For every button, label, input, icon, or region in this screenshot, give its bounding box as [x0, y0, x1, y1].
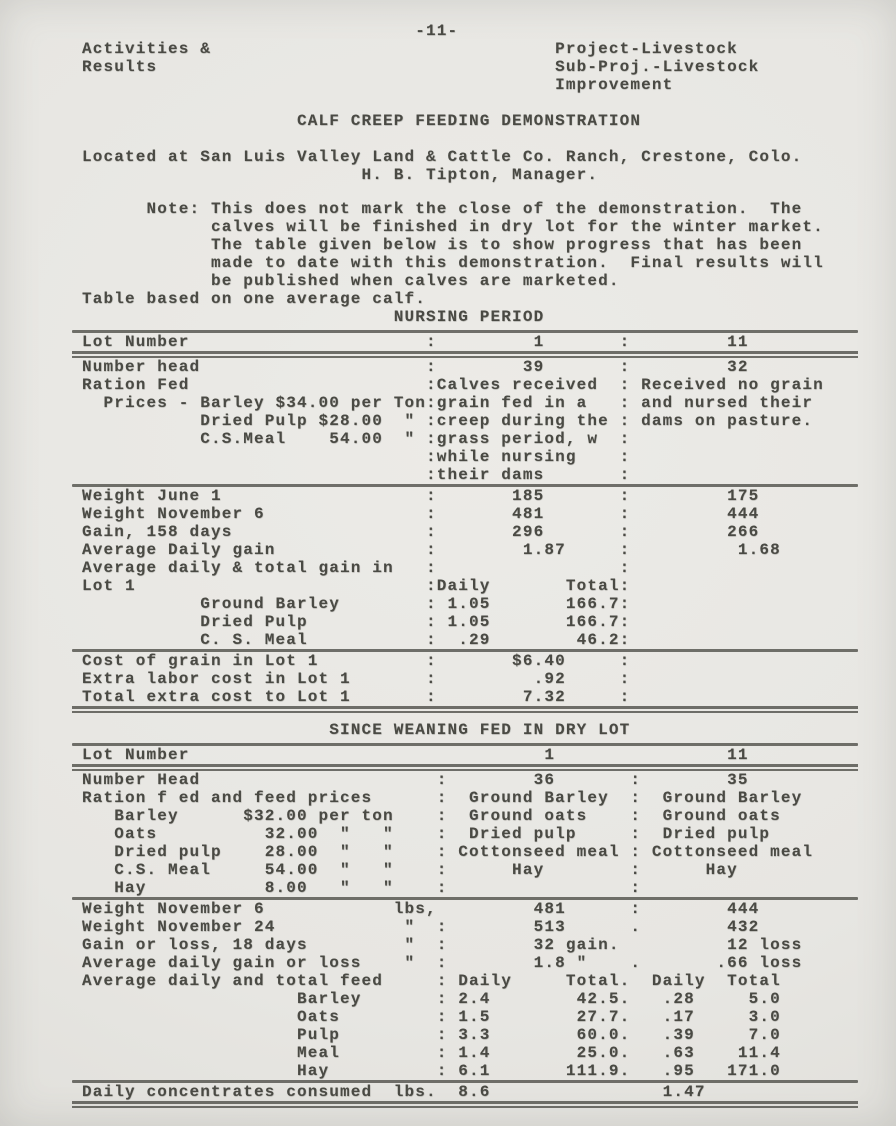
table-rule: [72, 330, 858, 333]
page-number: -11-: [82, 22, 896, 40]
table2-row: Gain or loss, 18 days " : 32 gain. 12 lo…: [82, 936, 896, 954]
note-line: The table given below is to show progres…: [82, 236, 896, 254]
table2-row: Pulp : 3.3 60.0. .39 7.0: [82, 1026, 896, 1044]
header-line-improvement: Improvement: [82, 76, 896, 94]
table1-row: Weight November 6 : 481 : 444: [82, 505, 896, 523]
location-line: Located at San Luis Valley Land & Cattle…: [82, 148, 896, 166]
table1-row: C.S.Meal 54.00 " :grass period, w :: [82, 430, 896, 448]
table2-row: Ration f ed and feed prices : Ground Bar…: [82, 789, 896, 807]
table1-row: Cost of grain in Lot 1 : $6.40 :: [82, 652, 896, 670]
table1-title: NURSING PERIOD: [82, 308, 896, 326]
spacer: [82, 94, 896, 112]
table2-row: Oats : 1.5 27.7. .17 3.0: [82, 1008, 896, 1026]
table-rule: [72, 1080, 858, 1083]
table1-row: Prices - Barley $34.00 per Ton:grain fed…: [82, 394, 896, 412]
table2-row: Hay 8.00 " " : :: [82, 879, 896, 897]
table-rule: [72, 743, 858, 746]
table1-row: Ground Barley : 1.05 166.7:: [82, 595, 896, 613]
table1-row: Gain, 158 days : 296 : 266: [82, 523, 896, 541]
note-line: be published when calves are marketed.: [82, 272, 896, 290]
table1-row: Dried Pulp $28.00 " :creep during the : …: [82, 412, 896, 430]
table1-row: Extra labor cost in Lot 1 : .92 :: [82, 670, 896, 688]
manager-line: H. B. Tipton, Manager.: [82, 166, 896, 184]
table-rule-double: [72, 1101, 858, 1108]
table1-row: Weight June 1 : 185 : 175: [82, 487, 896, 505]
table2-row: Number Head : 36 : 35: [82, 771, 896, 789]
table2-row: Weight November 24 " : 513 . 432: [82, 918, 896, 936]
spacer: [82, 184, 896, 200]
typewritten-document: -11- Activities & Project-Livestock Resu…: [0, 0, 896, 1126]
table2-row: Hay : 6.1 111.9. .95 171.0: [82, 1062, 896, 1080]
spacer: [82, 713, 896, 721]
table2-row: Average daily and total feed : Daily Tot…: [82, 972, 896, 990]
table-rule: [72, 897, 858, 900]
table-rule: [72, 484, 858, 487]
note-line: made to date with this demonstration. Fi…: [82, 254, 896, 272]
table1-row: C. S. Meal : .29 46.2:: [82, 631, 896, 649]
note-line: calves will be finished in dry lot for t…: [82, 218, 896, 236]
table2-row: Average daily gain or loss " : 1.8 " . .…: [82, 954, 896, 972]
table1-row: :their dams :: [82, 466, 896, 484]
table-rule-double: [72, 764, 858, 771]
table2-row: Weight November 6 lbs, 481 : 444: [82, 900, 896, 918]
scanned-document-page: -11- Activities & Project-Livestock Resu…: [0, 0, 896, 1126]
table-rule: [72, 649, 858, 652]
table1-row: :while nursing :: [82, 448, 896, 466]
document-title: CALF CREEP FEEDING DEMONSTRATION: [82, 112, 896, 130]
header-line-activities-project: Activities & Project-Livestock: [82, 40, 896, 58]
table2-row: C.S. Meal 54.00 " " : Hay : Hay: [82, 861, 896, 879]
table1-row: Number head : 39 : 32: [82, 358, 896, 376]
table2-row: Oats 32.00 " " : Dried pulp : Dried pulp: [82, 825, 896, 843]
note-line: Note: This does not mark the close of th…: [82, 200, 896, 218]
table2-row: Meal : 1.4 25.0. .63 11.4: [82, 1044, 896, 1062]
table1-row: Lot Number : 1 : 11: [82, 333, 896, 351]
table2-row: Daily concentrates consumed lbs. 8.6 1.4…: [82, 1083, 896, 1101]
header-line-results-subproj: Results Sub-Proj.-Livestock: [82, 58, 896, 76]
table1-row: Ration Fed :Calves received : Received n…: [82, 376, 896, 394]
table2-title: SINCE WEANING FED IN DRY LOT: [82, 721, 896, 739]
table2-row: Barley : 2.4 42.5. .28 5.0: [82, 990, 896, 1008]
spacer: [82, 130, 896, 148]
table2-row: Dried pulp 28.00 " " : Cottonseed meal :…: [82, 843, 896, 861]
table1-row: Average daily & total gain in : :: [82, 559, 896, 577]
table-basis-line: Table based on one average calf.: [82, 290, 896, 308]
table-rule-double: [72, 706, 858, 713]
table1-row: Dried Pulp : 1.05 166.7:: [82, 613, 896, 631]
table1-row: Total extra cost to Lot 1 : 7.32 :: [82, 688, 896, 706]
table2-row: Lot Number 1 11: [82, 746, 896, 764]
table-rule-double: [72, 351, 858, 358]
table2-row: Barley $32.00 per ton : Ground oats : Gr…: [82, 807, 896, 825]
table1-row: Average Daily gain : 1.87 : 1.68: [82, 541, 896, 559]
table1-row: Lot 1 :Daily Total:: [82, 577, 896, 595]
